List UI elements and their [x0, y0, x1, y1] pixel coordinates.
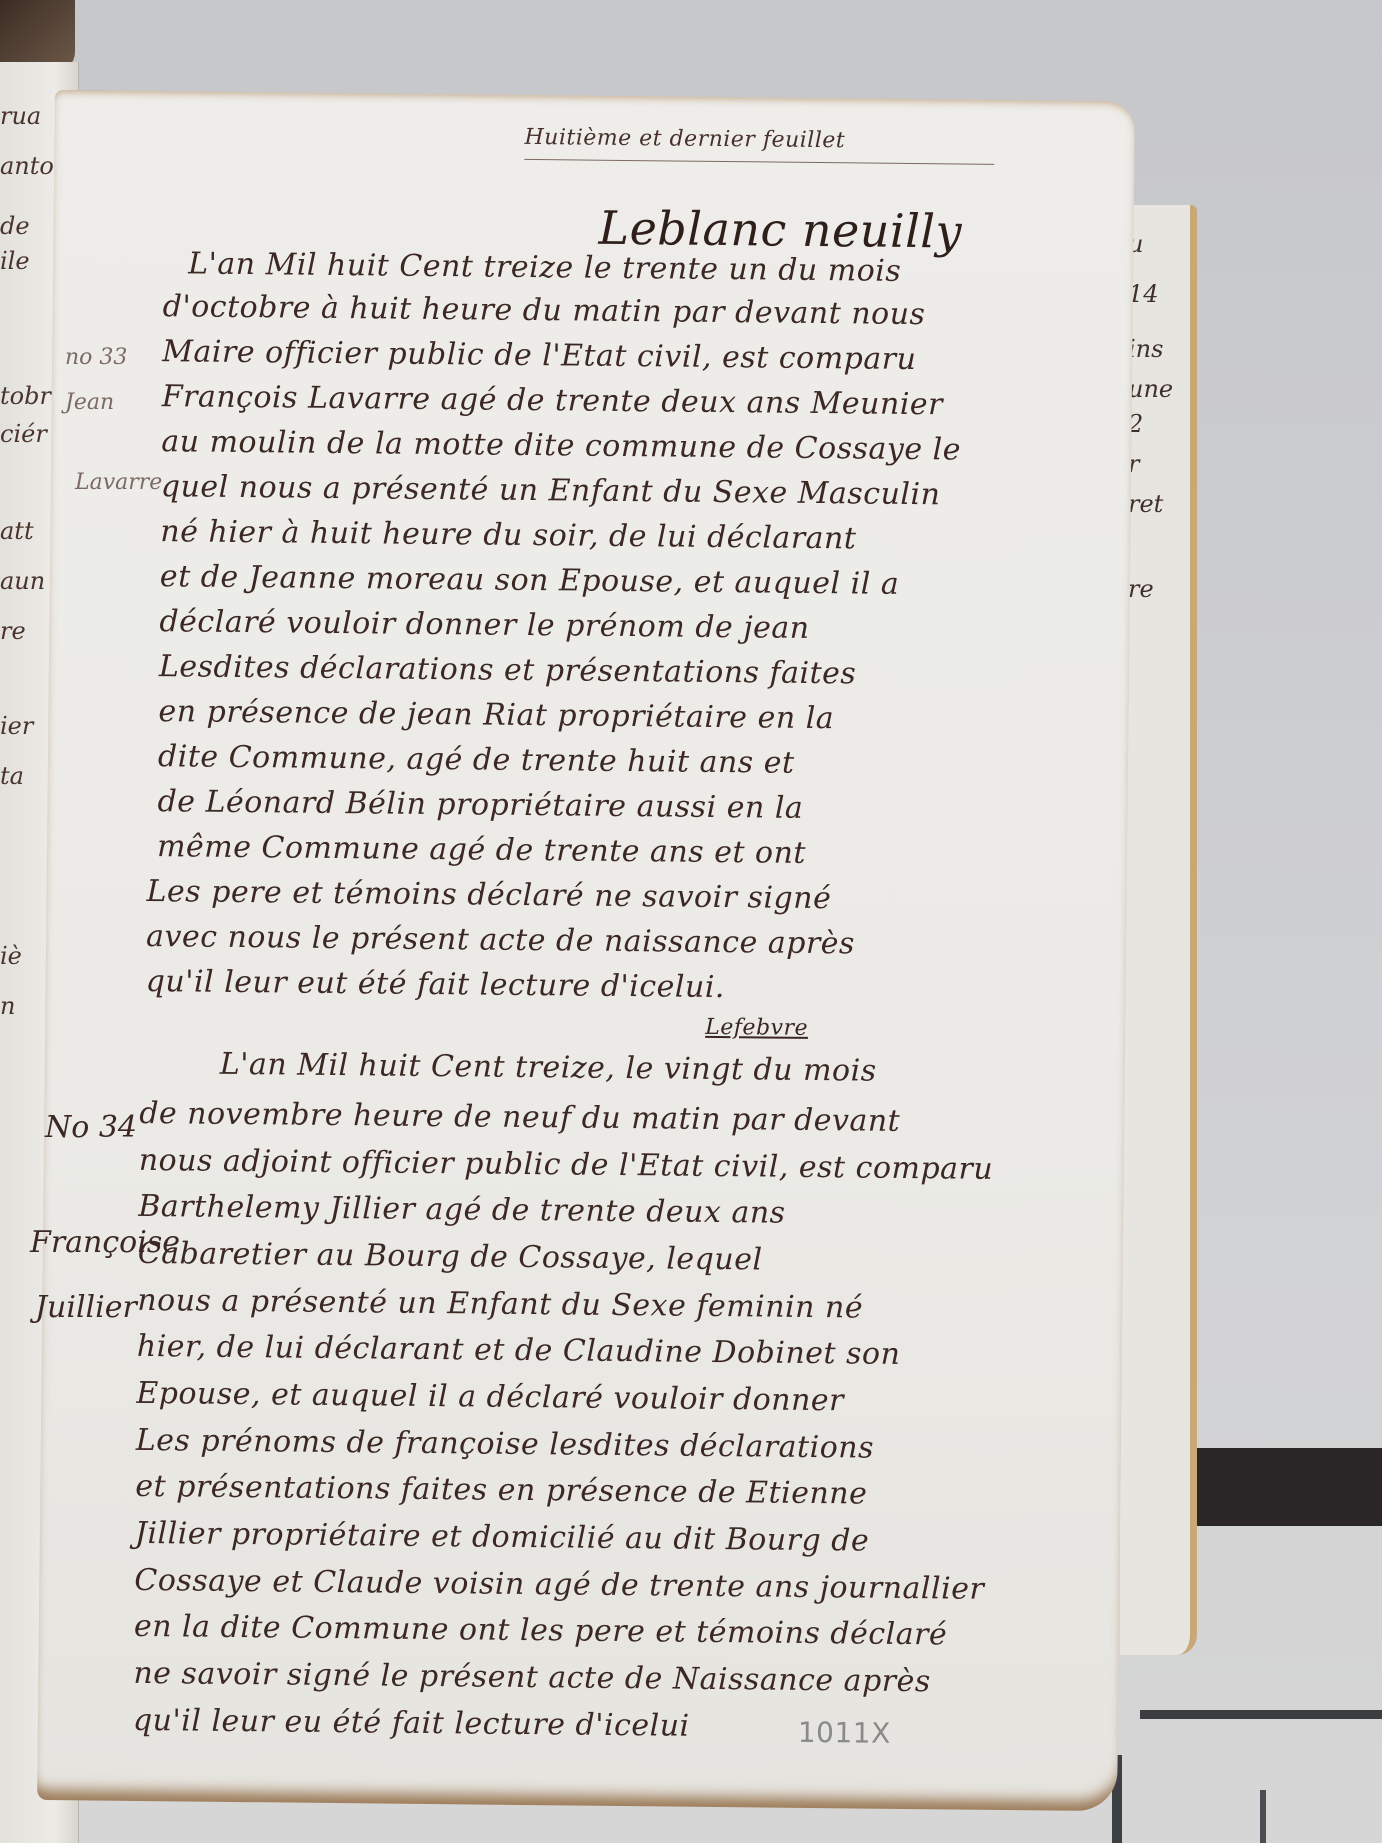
entry-line: Cossaye et Claude voisin agé de trente a… — [134, 1563, 984, 1607]
entry-line: François Lavarre agé de trente deux ans … — [162, 379, 944, 422]
entry-line: Epouse, et auquel il a déclaré vouloir d… — [136, 1376, 844, 1418]
left-fragment: rua — [0, 102, 41, 130]
right-edge-fragment: re — [1128, 575, 1154, 603]
left-fragment: att — [0, 517, 34, 545]
entry-line: quel nous a présenté un Enfant du Sexe M… — [161, 469, 941, 512]
left-fragment: iè — [0, 942, 22, 970]
entry-line: ne savoir signé le présent acte de Naiss… — [133, 1656, 931, 1699]
entry-line: déclaré vouloir donner le prénom de jean — [159, 604, 810, 646]
folio-header: Huitième et dernier feuillet — [524, 125, 845, 153]
entry-line: Cabaretier au Bourg de Cossaye, lequel — [138, 1236, 763, 1278]
entry-line: qu'il leur eut été fait lecture d'icelui… — [145, 964, 725, 1005]
margin-name-last: Lavarre — [75, 470, 162, 495]
page-title: Leblanc neuilly — [598, 201, 962, 259]
officer-signature: Lefebvre — [705, 1015, 808, 1041]
entry-line: Les pere et témoins déclaré ne savoir si… — [146, 874, 831, 916]
pencil-annotation: 1011X — [798, 1716, 891, 1750]
entry-line: Maire officier public de l'Etat civil, e… — [162, 334, 916, 377]
entry-line: dite Commune, agé de trente huit ans et — [158, 739, 795, 781]
entry-line: de novembre heure de neuf du matin par d… — [139, 1096, 900, 1139]
entry-line: au moulin de la motte dite commune de Co… — [161, 424, 961, 467]
entry-line: d'octobre à huit heure du matin par deva… — [163, 289, 926, 332]
entry-line: Jillier propriétaire et domicilié au dit… — [135, 1516, 870, 1559]
entry-line: même Commune agé de trente ans et ont — [157, 829, 806, 871]
margin-name-first: Françoise — [30, 1225, 180, 1260]
left-fragment: n — [0, 992, 15, 1020]
right-edge-fragment: ins — [1128, 335, 1163, 363]
right-edge-fragment: une — [1128, 375, 1173, 403]
left-fragment: aun — [0, 567, 45, 595]
entry-line: de Léonard Bélin propriétaire aussi en l… — [157, 784, 803, 826]
header-rule — [524, 159, 994, 165]
entry-line: né hier à huit heure du soir, de lui déc… — [160, 514, 856, 556]
entry-line: nous a présenté un Enfant du Sexe femini… — [137, 1283, 863, 1326]
register-page: Huitième et dernier feuillet Leblanc neu… — [37, 90, 1135, 1811]
entry-line: L'an Mil huit Cent treize, le vingt du m… — [220, 1047, 877, 1089]
entry-line: L'an Mil huit Cent treize le trente un d… — [188, 246, 901, 288]
entry-line: Lesdites déclarations et présentations f… — [159, 649, 857, 691]
entry-line: et de Jeanne moreau son Epouse, et auque… — [160, 559, 900, 602]
margin-name-last: Juillier — [35, 1290, 137, 1325]
entry-line: qu'il leur eu été fait lecture d'icelui — [133, 1703, 690, 1744]
left-fragment: ile — [0, 247, 30, 275]
left-fragment: de — [0, 212, 30, 240]
background-dark-bar — [1175, 1448, 1382, 1526]
left-fragment: ciér — [0, 420, 47, 448]
left-fragment: ier — [0, 712, 33, 740]
entry-line: Les prénoms de françoise lesdites déclar… — [136, 1423, 874, 1466]
margin-name-first: Jean — [65, 390, 114, 415]
entry-line: et présentations faites en présence de E… — [135, 1469, 867, 1512]
entry-line: Barthelemy Jillier agé de trente deux an… — [138, 1189, 786, 1231]
margin-entry-number-34: No 34 — [45, 1110, 137, 1145]
background-dark-line — [1140, 1710, 1382, 1719]
entry-line: en présence de jean Riat propriétaire en… — [158, 694, 834, 736]
left-fragment: re — [0, 617, 26, 645]
left-fragment: ta — [0, 762, 24, 790]
entry-line: en la dite Commune ont les pere et témoi… — [134, 1609, 948, 1653]
background-post-secondary — [1260, 1790, 1266, 1843]
entry-line: avec nous le présent acte de naissance a… — [146, 919, 855, 961]
entry-line: nous adjoint officier public de l'Etat c… — [139, 1143, 994, 1187]
entry-line: hier, de lui déclarant et de Claudine Do… — [137, 1329, 901, 1372]
right-edge-fragment: ret — [1128, 490, 1163, 518]
margin-entry-number-33: no 33 — [65, 345, 127, 370]
